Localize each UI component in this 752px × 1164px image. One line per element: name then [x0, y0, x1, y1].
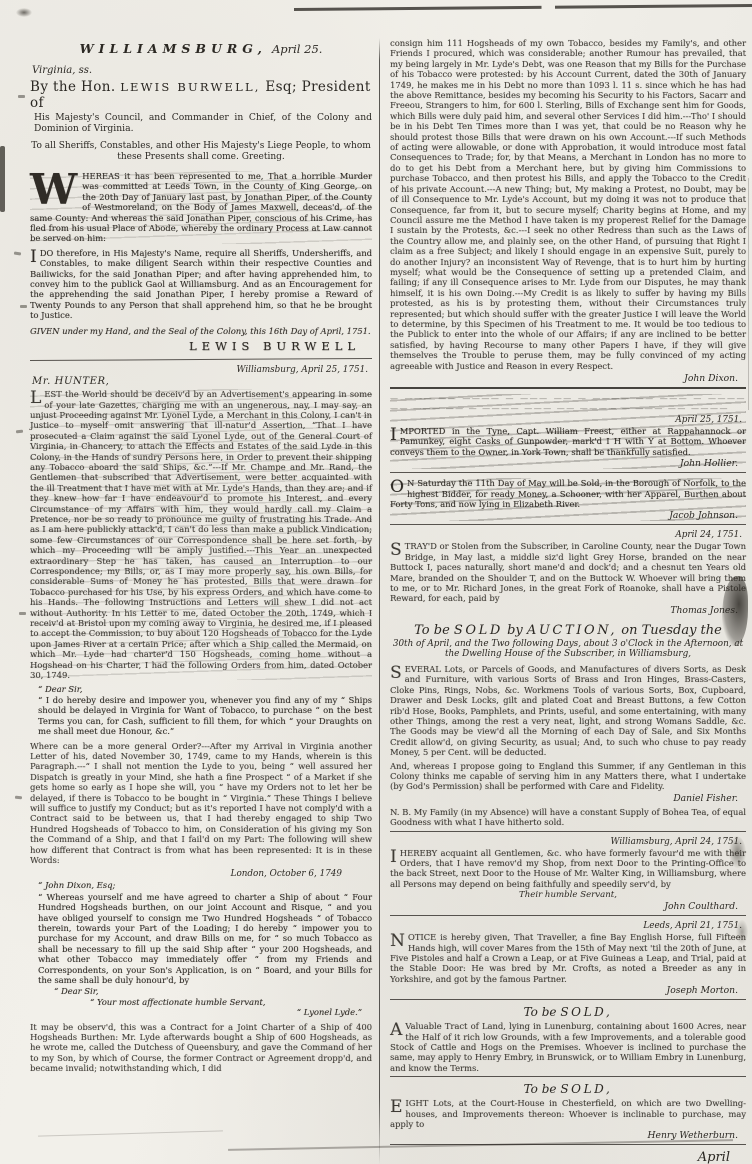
- johnson-signature: Jacob Johnson.: [390, 510, 738, 521]
- quoted-letter-salutation: “ Dear Sir,: [38, 684, 372, 694]
- fisher-signature: Daniel Fisher.: [390, 793, 738, 804]
- proclamation-whereas-paragraph: WHEREAS it has been represented to me, T…: [30, 171, 372, 244]
- wetherburn-signature: Henry Wetherburn.: [390, 1130, 738, 1141]
- section-rule: [390, 999, 746, 1000]
- quoted-letter-2: “ Whereas yourself and me have agreed to…: [38, 892, 372, 986]
- drop-cap-a: A: [390, 1021, 405, 1038]
- ad-text: TRAY'D or Stolen from the Subscriber, in…: [390, 541, 746, 603]
- headline-pre: To be: [524, 1005, 561, 1019]
- newspaper-page: WILLIAMSBURG, April 25. Virginia, ss. By…: [0, 0, 752, 1164]
- ad-body: IHEREBY acquaint all Gentlemen, &c. who …: [390, 848, 746, 890]
- right-column: consign him 111 Hogsheads of my own Toba…: [380, 38, 746, 1164]
- headline-pre: To be: [524, 1082, 561, 1096]
- masthead: WILLIAMSBURG, April 25.: [30, 38, 372, 57]
- auction-paragraph-2: And, whereas I propose going to England …: [390, 761, 746, 792]
- ad-body: AValuable Tract of Land, lying in Lunenb…: [390, 1021, 746, 1073]
- headline-sold: SOLD: [454, 623, 503, 638]
- section-rule: [390, 524, 746, 525]
- drop-cap-l: L: [30, 389, 44, 406]
- section-rule: [390, 915, 746, 916]
- jurisdiction-line: Virginia, ss.: [32, 65, 372, 76]
- section-rule: [30, 358, 372, 361]
- ad-body: EIGHT Lots, at the Court-House in Cheste…: [390, 1098, 746, 1129]
- auction-nota-bene: N. B. My Family (in my Absence) will hav…: [390, 807, 746, 828]
- letter-salutation: Mr. HUNTER,: [32, 376, 372, 387]
- quoted-letter-1: “ I do hereby desire and impower you, wh…: [38, 695, 372, 737]
- auction-headline: To be SOLD by AUCTION, on Tuesday the: [390, 623, 746, 638]
- morton-signature: Joseph Morton.: [390, 985, 738, 996]
- ad-closing: Their humble Servant,: [390, 890, 746, 900]
- masthead-date: April 25.: [272, 42, 322, 56]
- section-rule: [390, 1076, 746, 1077]
- scan-artifact-corner-mark: [16, 8, 32, 17]
- letter-paragraph-2: Where can be a more general Order?---Aft…: [30, 741, 372, 866]
- headline-sold: SOLD,: [560, 1082, 612, 1096]
- ad-imported-gunpowder: — ——— —— ———— — ——— —— — ———— —— ——— — —…: [390, 394, 746, 469]
- scan-artifact-margin-tick: [14, 252, 21, 256]
- ad-text: MPORTED in the Tyne, Capt. William Frees…: [390, 426, 746, 457]
- drop-cap-i: I: [30, 248, 40, 265]
- scan-artifact-left-streak: [0, 146, 5, 212]
- heading-pre: By the Hon.: [30, 79, 120, 95]
- page-content: WILLIAMSBURG, April 25. Virginia, ss. By…: [30, 38, 746, 1164]
- ad-text: Valuable Tract of Land, lying in Lunenbu…: [390, 1021, 746, 1073]
- auction-text: EVERAL Lots, or Parcels of Goods, and Ma…: [390, 664, 746, 757]
- proclamation-order-paragraph: IDO therefore, in His Majesty's Name, re…: [30, 248, 372, 321]
- whereas-text: HEREAS it has been represented to me, Th…: [30, 171, 372, 243]
- drop-cap-e: E: [390, 1098, 405, 1115]
- dixon-signature: John Dixon.: [390, 373, 738, 384]
- scan-artifact-margin-tick: [20, 305, 27, 308]
- drop-cap-w: W: [30, 171, 82, 207]
- ad-text: IGHT Lots, at the Court-House in Chester…: [390, 1098, 746, 1129]
- letter-paragraph-1-text: EST the World should be deceiv'd by an A…: [30, 389, 372, 680]
- scan-artifact-right-line: [748, 178, 749, 410]
- letter-dateline: Williamsburg, April 25, 1751.: [30, 365, 368, 375]
- obscured-struck-lines: — ——— —— ———— — ——— —— — ———— —— ——— — —…: [390, 394, 746, 413]
- london-dateline: London, October 6, 1749: [30, 869, 342, 879]
- scan-artifact-margin-tick: [18, 95, 25, 98]
- headline-sold: SOLD,: [560, 1005, 612, 1019]
- headline-pre: To be: [414, 623, 454, 638]
- drop-cap-s: S: [390, 541, 405, 558]
- drop-cap-i: I: [390, 848, 400, 865]
- ad-text: OTICE is hereby given, That Traveller, a…: [390, 932, 746, 984]
- land-headline: To be SOLD,: [390, 1005, 746, 1019]
- ad-text: HEREBY acquaint all Gentlemen, &c. who h…: [390, 848, 746, 889]
- headline-mid: by: [503, 623, 527, 638]
- coulthard-signature: John Coulthard.: [390, 901, 738, 912]
- ad-text: N Saturday the 11th Day of May will be S…: [390, 478, 746, 509]
- proclamation-heading: By the Hon. LEWIS BURWELL, Esq; Presiden…: [30, 79, 372, 111]
- lots-headline: To be SOLD,: [390, 1082, 746, 1096]
- drop-cap-s: S: [390, 664, 405, 681]
- quoted-letter-2-addressee: “ John Dixon, Esq;: [38, 880, 372, 890]
- proclamation-address: To all Sheriffs, Constables, and other H…: [30, 141, 372, 163]
- order-text: DO therefore, in His Majesty's Name, req…: [30, 248, 372, 320]
- proclamation-given-line: GIVEN under my Hand, and the Seal of the…: [30, 326, 372, 336]
- headline-post: on Tuesday the: [617, 623, 722, 638]
- ad-body: IMPORTED in the Tyne, Capt. William Free…: [390, 426, 746, 457]
- proclamation-subheading: His Majesty's Council, and Commander in …: [34, 112, 372, 134]
- section-rule: [390, 831, 746, 832]
- left-column: WILLIAMSBURG, April 25. Virginia, ss. By…: [30, 38, 379, 1164]
- masthead-city: WILLIAMSBURG,: [80, 41, 267, 56]
- hollier-signature: John Hollier.: [390, 458, 738, 469]
- ad-strayed-horses: April 24, 1751. STRAY'D or Stolen from t…: [390, 530, 746, 615]
- headline-auction: AUCTION,: [527, 623, 617, 638]
- auction-subheadline: 30th of April, and the Two following Day…: [390, 639, 746, 660]
- scan-artifact-margin-tick: [16, 430, 23, 434]
- ad-stud-horse: Leeds, April 21, 1751. NOTICE is hereby …: [390, 921, 746, 996]
- ad-land-sale: To be SOLD, AValuable Tract of Land, lyi…: [390, 1005, 746, 1073]
- quoted-letter-2-close-2: “ Your most affectionate humble Servant,: [90, 997, 372, 1007]
- ad-body: NOTICE is hereby given, That Traveller, …: [390, 932, 746, 984]
- ad-dateline: Williamsburg, April 24, 1751.: [390, 837, 742, 847]
- burwell-signature: LEWIS BURWELL: [30, 339, 360, 353]
- drop-cap-n: N: [390, 932, 408, 949]
- catchword: April: [390, 1150, 730, 1164]
- auction-body: SEVERAL Lots, or Parcels of Goods, and M…: [390, 664, 746, 758]
- scan-artifact-margin-tick: [19, 612, 26, 615]
- section-rule: [390, 387, 746, 389]
- letter-paragraph-3: It may be observ'd, this was a Contract …: [30, 1022, 372, 1074]
- ad-body: ON Saturday the 11th Day of May will be …: [390, 478, 746, 509]
- quoted-letter-2-close-1: “ Dear Sir,: [54, 986, 372, 996]
- ad-body: STRAY'D or Stolen from the Subscriber, i…: [390, 541, 746, 603]
- ad-shop-removal: Williamsburg, April 24, 1751. IHEREBY ac…: [390, 837, 746, 913]
- jones-signature: Thomas Jones.: [390, 605, 738, 616]
- ad-dateline: Leeds, April 21, 1751.: [390, 921, 742, 931]
- drop-cap-o: O: [390, 478, 407, 495]
- ad-dateline: April 25, 1751.: [390, 415, 742, 425]
- scan-artifact-top-line: [294, 4, 752, 10]
- drop-cap-i: I: [390, 426, 400, 443]
- quoted-letter-2-signature: “ Lyonel Lyde.”: [38, 1007, 362, 1017]
- letter-continuation-paragraph: consign him 111 Hogsheads of my own Toba…: [390, 38, 746, 371]
- heading-name: LEWIS BURWELL,: [120, 80, 260, 94]
- letter-paragraph-1: LEST the World should be deceiv'd by an …: [30, 389, 372, 680]
- ad-eight-lots: To be SOLD, EIGHT Lots, at the Court-Hou…: [390, 1082, 746, 1141]
- ad-dateline: April 24, 1751.: [390, 530, 742, 540]
- ad-schooner-sale: ON Saturday the 11th Day of May will be …: [390, 478, 746, 521]
- ad-auction: To be SOLD by AUCTION, on Tuesday the 30…: [390, 623, 746, 828]
- section-rule: [390, 1144, 746, 1145]
- section-rule: [390, 472, 746, 473]
- scan-artifact-margin-tick: [15, 796, 22, 800]
